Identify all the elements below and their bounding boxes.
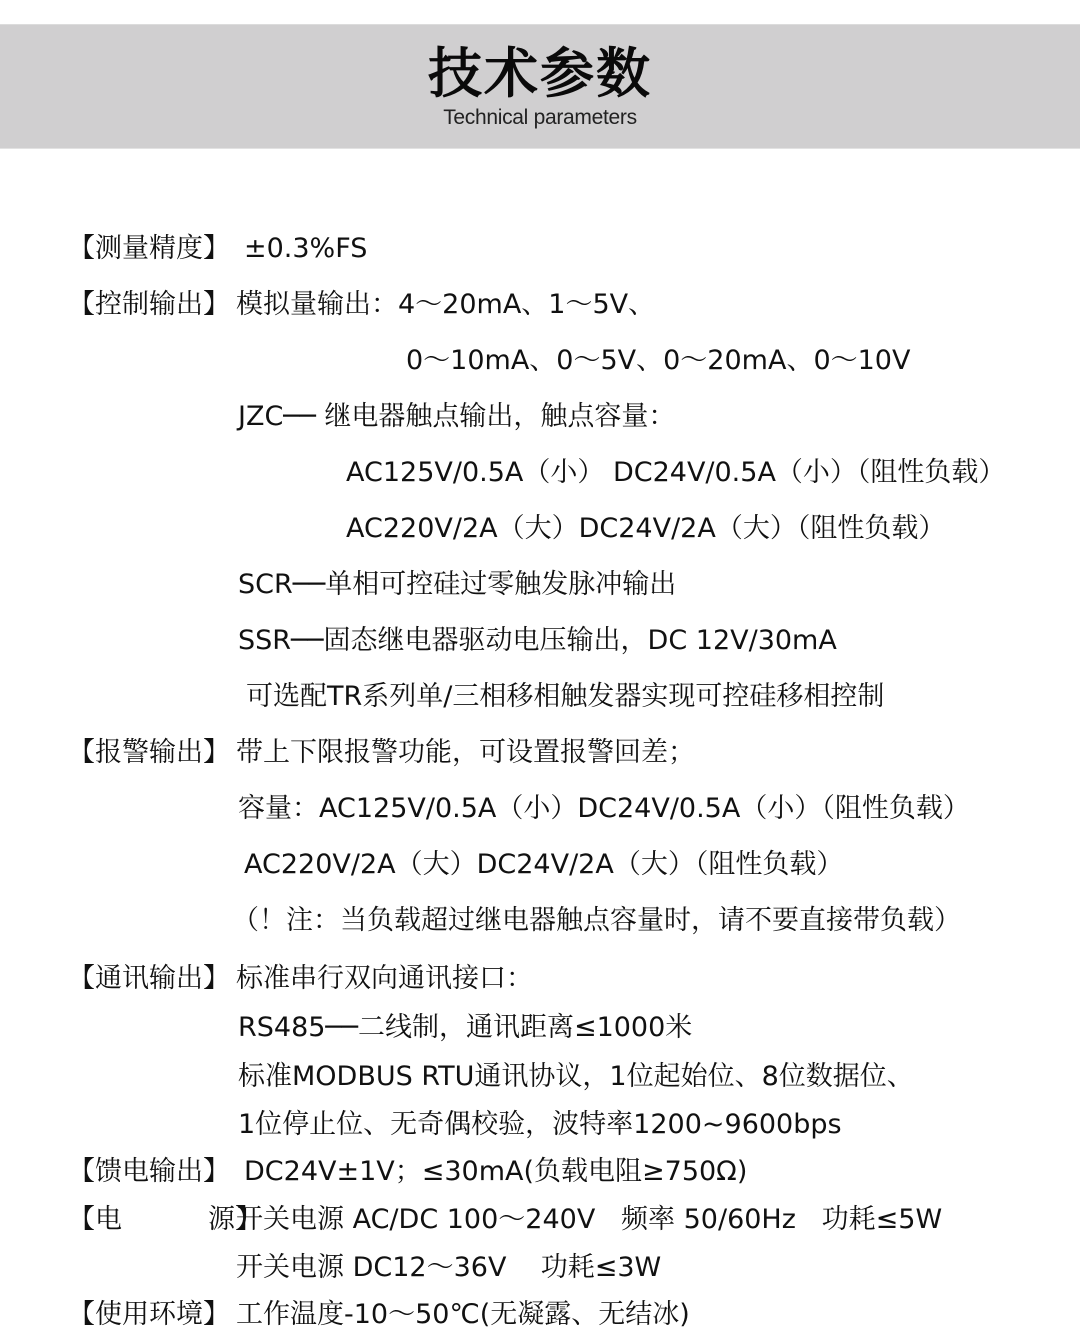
spec-value: 带上下限报警功能，可设置报警回差； xyxy=(236,736,695,770)
section-label-left: 【电 xyxy=(68,1204,122,1235)
section-label: 【控制输出】 xyxy=(68,288,230,322)
spec-value: 开关电源 DC12～36V 功耗≤3W xyxy=(236,1251,661,1285)
spec-value: 容量：AC125V/0.5A（小）DC24V/0.5A（小）（阻性负载） xyxy=(238,792,970,826)
spec-value: 0～10mA、0～5V、0～20mA、0～10V xyxy=(406,344,910,378)
spec-value: AC220V/2A（大）DC24V/2A（大）（阻性负载） xyxy=(346,512,945,546)
page-title: 技术参数 xyxy=(0,43,1080,105)
spec-value: 开关电源 AC/DC 100～240V 频率 50/60Hz 功耗≤5W xyxy=(236,1203,942,1237)
header-banner: 技术参数 Technical parameters xyxy=(0,24,1080,149)
spec-value: 1位停止位、无奇偶校验，波特率1200~9600bps xyxy=(238,1108,842,1142)
spec-value: 标准串行双向通讯接口： xyxy=(236,962,533,996)
section-label: 【使用环境】 xyxy=(68,1298,230,1332)
section-label: 【通讯输出】 xyxy=(68,962,230,996)
section-label: 【馈电输出】 xyxy=(68,1155,230,1189)
spec-value: 工作温度-10～50℃(无凝露、无结冰) xyxy=(236,1298,690,1332)
spec-value: RS485──二线制，通讯距离≤1000米 xyxy=(238,1011,692,1045)
spec-value: DC24V±1V；≤30mA(负载电阻≥750Ω) xyxy=(244,1155,747,1189)
page-subtitle: Technical parameters xyxy=(0,105,1080,131)
spec-value: AC125V/0.5A（小） DC24V/0.5A（小）（阻性负载） xyxy=(346,456,1005,490)
spec-value: 模拟量输出：4～20mA、1～5V、 xyxy=(236,288,655,322)
spec-value: SCR──单相可控硅过零触发脉冲输出 xyxy=(238,568,676,602)
spec-value: JZC── 继电器触点输出，触点容量： xyxy=(238,400,675,434)
spec-value: 标准MODBUS RTU通讯协议，1位起始位、8位数据位、 xyxy=(238,1060,914,1094)
spec-value: ±0.3%FS xyxy=(244,232,367,266)
spec-note: （！注：当负载超过继电器触点容量时，请不要直接带负载） xyxy=(232,904,961,938)
section-label: 【测量精度】 xyxy=(68,232,230,266)
spec-value: AC220V/2A（大）DC24V/2A（大）（阻性负载） xyxy=(244,848,843,882)
section-label: 【报警输出】 xyxy=(68,736,230,770)
spec-value: SSR──固态继电器驱动电压输出，DC 12V/30mA xyxy=(238,624,837,658)
spec-value: 可选配TR系列单/三相移相触发器实现可控硅移相控制 xyxy=(246,680,884,714)
section-label: 【电源】 xyxy=(68,1203,262,1237)
